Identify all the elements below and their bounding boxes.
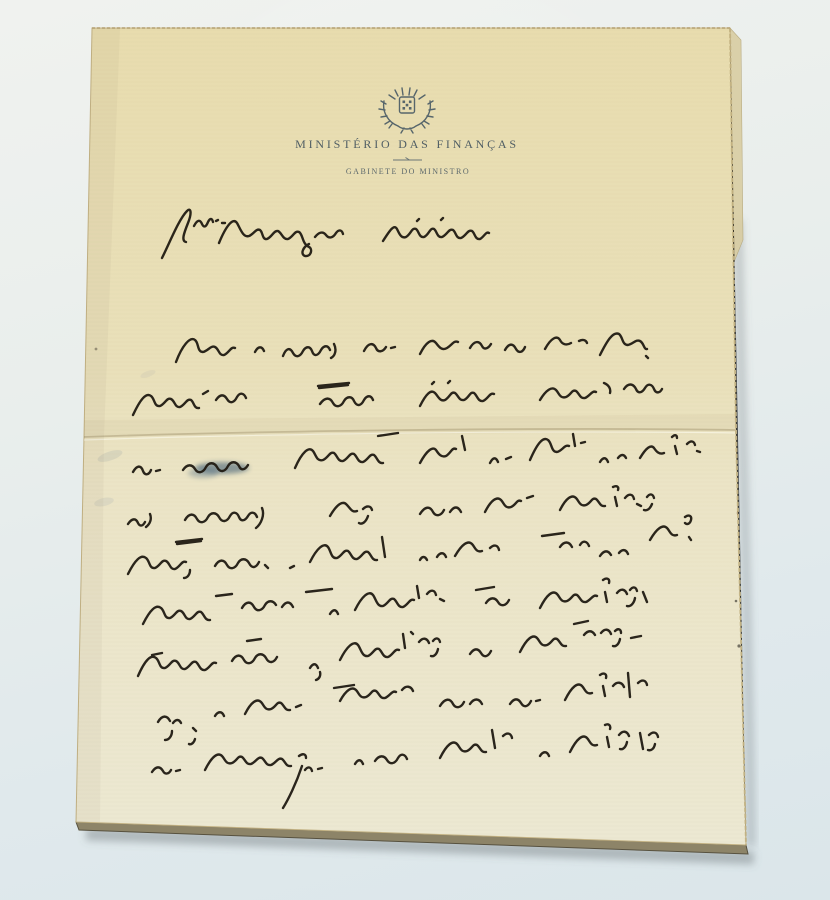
letterhead-office: GABINETE DO MINISTRO [346,167,470,176]
ink-speck-1 [735,600,738,603]
letter-photo: MINISTÉRIO DAS FINANÇAS GABINETE DO MINI… [0,0,830,900]
ink-speck-2 [737,644,740,647]
letterhead-ministry: MINISTÉRIO DAS FINANÇAS [295,137,519,151]
photo-backdrop: MINISTÉRIO DAS FINANÇAS GABINETE DO MINI… [0,0,830,900]
